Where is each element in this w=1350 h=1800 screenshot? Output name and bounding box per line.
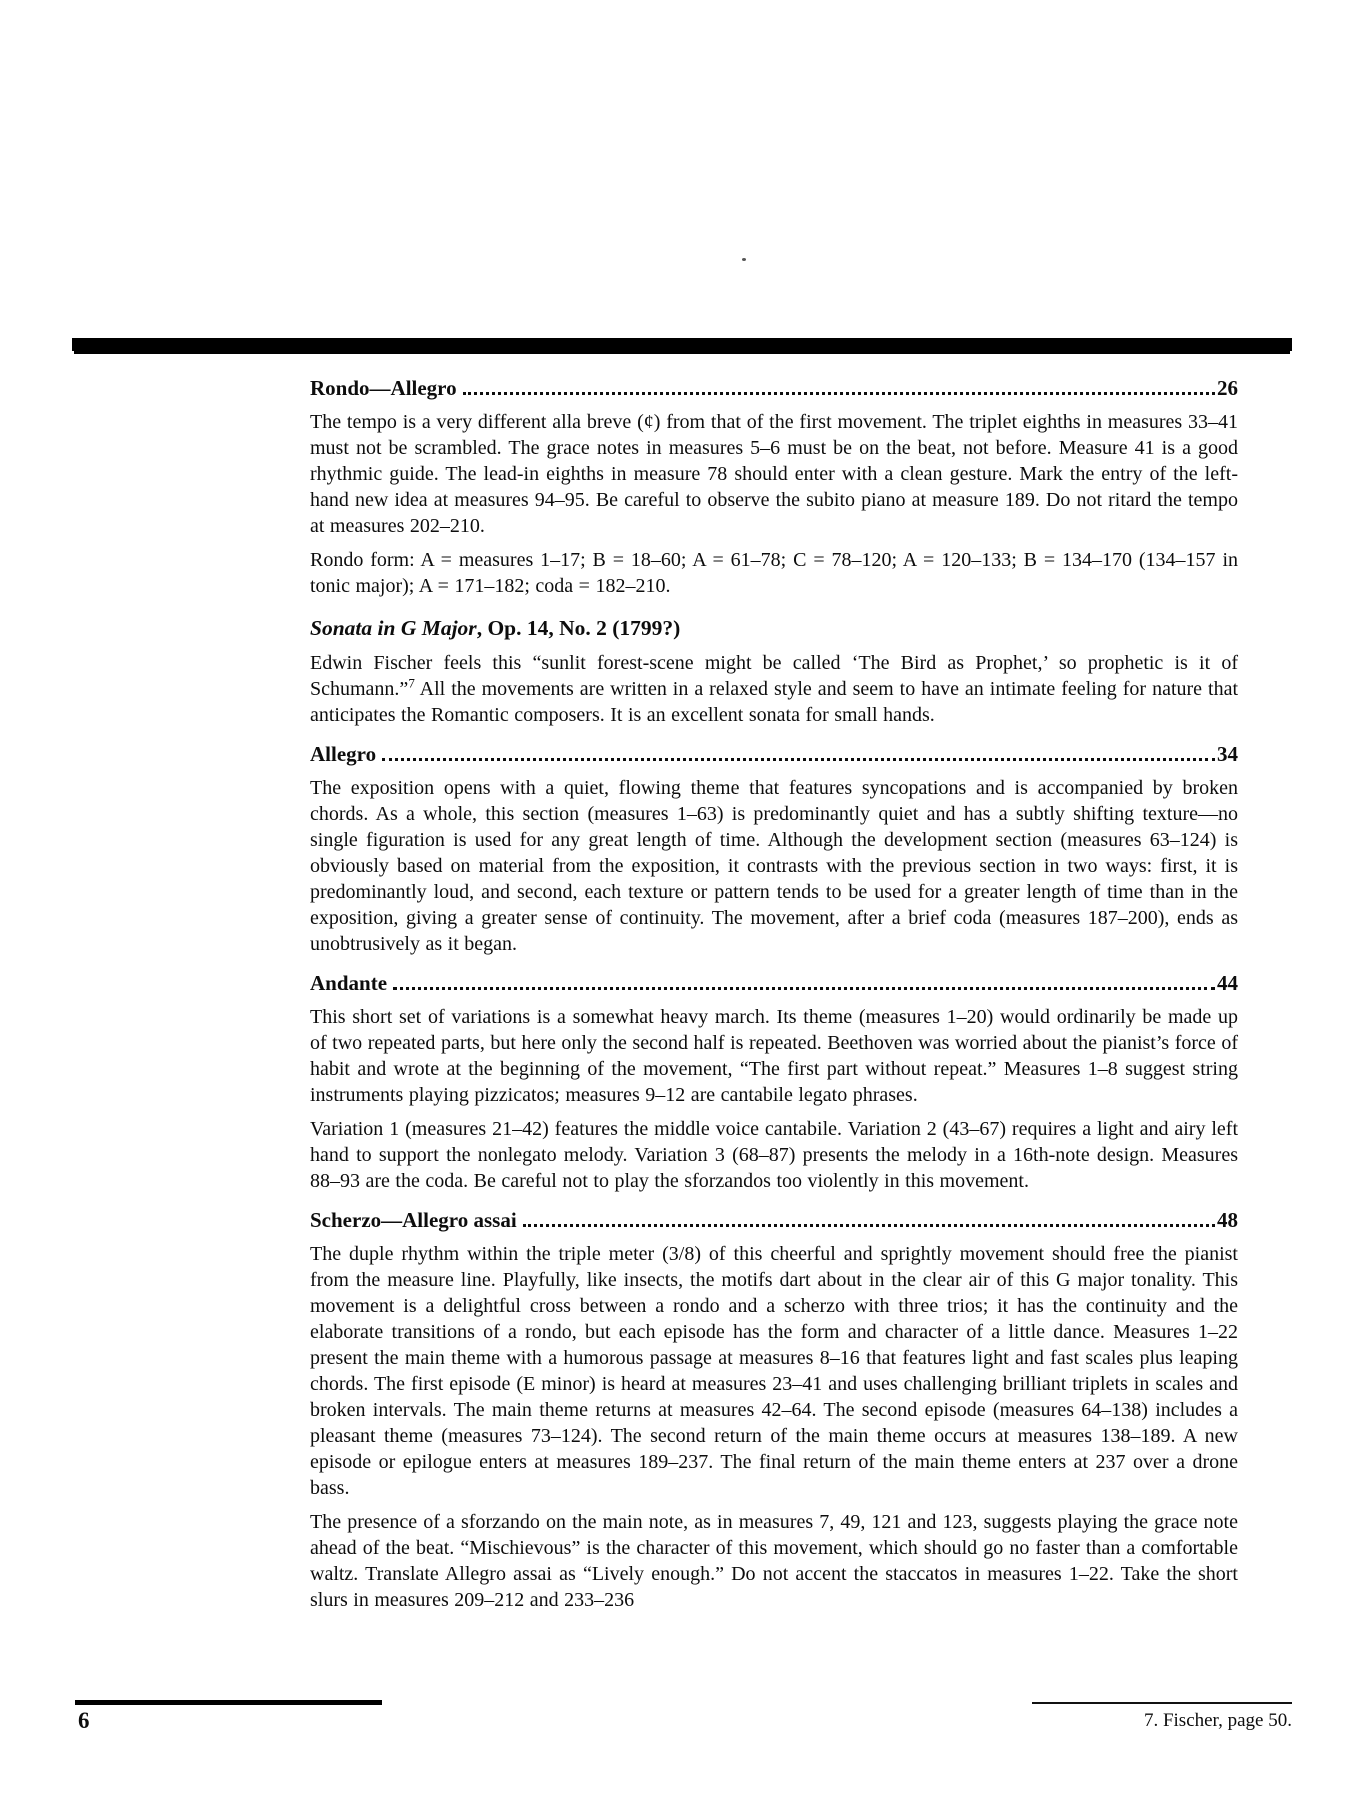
scan-artifact-dot	[742, 258, 746, 261]
content-column: Rondo—Allegro 26 The tempo is a very dif…	[310, 362, 1238, 1621]
heading-sonata-g-major: Sonata in G Major, Op. 14, No. 2 (1799?)	[310, 615, 1238, 642]
paragraph-rondo-tempo: The tempo is a very different alla breve…	[310, 409, 1238, 539]
heading-rondo-label: Rondo—Allegro	[310, 375, 457, 401]
footnote-fischer: 7. Fischer, page 50.	[1032, 1710, 1292, 1732]
page-number: 6	[78, 1708, 90, 1734]
heading-andante-label: Andante	[310, 970, 387, 996]
paragraph-andante-theme: This short set of variations is a somewh…	[310, 1004, 1238, 1108]
heading-andante-page-number: 44	[1217, 970, 1238, 996]
sonata-title-italic: Sonata in G Major	[310, 616, 477, 640]
paragraph-andante-variations: Variation 1 (measures 21–42) features th…	[310, 1116, 1238, 1194]
heading-scherzo-label: Scherzo—Allegro assai	[310, 1207, 517, 1233]
heading-andante: Andante 44	[310, 970, 1238, 996]
heading-allegro: Allegro 34	[310, 741, 1238, 767]
paragraph-allegro-exposition: The exposition opens with a quiet, flowi…	[310, 775, 1238, 957]
footnote-separator-rule	[1032, 1702, 1292, 1704]
paragraph-rondo-form: Rondo form: A = measures 1–17; B = 18–60…	[310, 547, 1238, 599]
paragraph-sonata-intro: Edwin Fischer feels this “sunlit forest-…	[310, 650, 1238, 728]
dot-leader	[382, 757, 1215, 761]
heading-allegro-page-number: 34	[1217, 741, 1238, 767]
dot-leader	[393, 986, 1215, 990]
heading-rondo-allegro: Rondo—Allegro 26	[310, 375, 1238, 401]
dot-leader	[463, 391, 1215, 395]
sonata-intro-rest: All the movements are written in a relax…	[310, 678, 1238, 726]
top-double-rule	[72, 338, 1292, 351]
book-page: Rondo—Allegro 26 The tempo is a very dif…	[0, 0, 1350, 1800]
heading-rondo-page-number: 26	[1217, 375, 1238, 401]
paragraph-scherzo-form: The duple rhythm within the triple meter…	[310, 1241, 1238, 1501]
heading-scherzo: Scherzo—Allegro assai 48	[310, 1207, 1238, 1233]
footer-left-rule	[75, 1700, 382, 1705]
heading-allegro-label: Allegro	[310, 741, 376, 767]
heading-scherzo-page-number: 48	[1217, 1207, 1238, 1233]
dot-leader	[523, 1223, 1215, 1227]
paragraph-scherzo-character: The presence of a sforzando on the main …	[310, 1509, 1238, 1613]
sonata-title-opus: , Op. 14, No. 2 (1799?)	[477, 616, 681, 640]
